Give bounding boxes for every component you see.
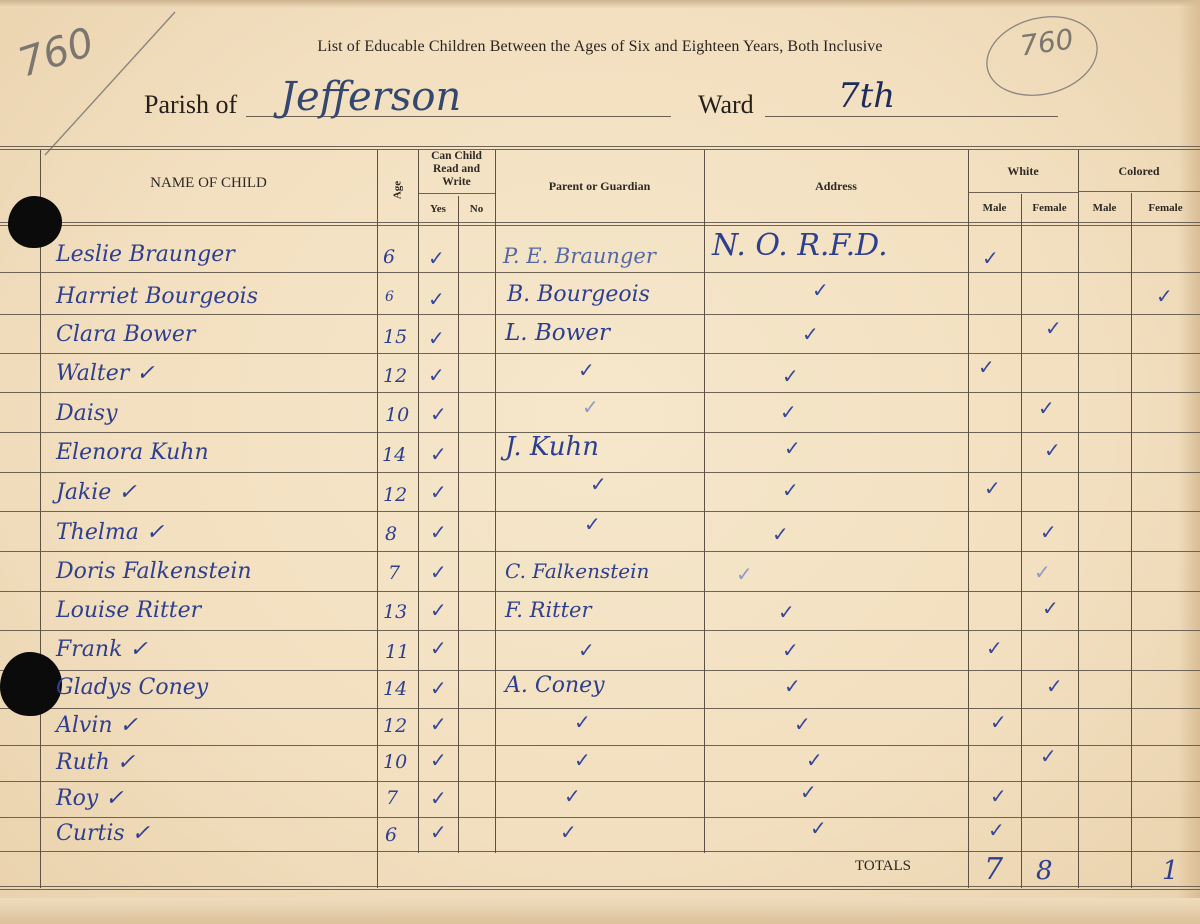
total-white-female: 8 — [1036, 856, 1053, 886]
reads-yes-check: ✓ — [430, 442, 447, 466]
row-rule — [0, 272, 1200, 273]
col-rule-colored-mf — [1131, 193, 1132, 888]
header-white-male: Male — [968, 202, 1021, 214]
address-check: ✓ — [782, 364, 799, 388]
child-name: Curtis ✓ — [56, 821, 150, 846]
child-name: Clara Bower — [56, 322, 195, 347]
child-name: Daisy — [56, 401, 118, 426]
header-bottom-rule — [0, 222, 1200, 226]
child-age: 12 — [383, 484, 407, 506]
parent-name: F. Ritter — [505, 598, 592, 622]
header-yes: Yes — [418, 203, 458, 215]
address-check: ✓ — [810, 816, 827, 840]
child-name: Alvin ✓ — [56, 713, 138, 738]
row-rule — [0, 432, 1200, 433]
header-colored: Colored — [1078, 164, 1200, 179]
header-top-rule — [0, 146, 1200, 150]
white-female-check: ✓ — [1038, 396, 1055, 420]
child-name: Gladys Coney — [56, 675, 208, 700]
child-name: Louise Ritter — [56, 598, 201, 623]
child-age: 14 — [383, 678, 407, 700]
reads-yes-check: ✓ — [428, 287, 445, 311]
parent-name: C. Falkenstein — [505, 559, 649, 583]
row-rule — [0, 670, 1200, 671]
child-age: 15 — [383, 326, 407, 348]
child-age: 6 — [385, 289, 394, 305]
child-name: Walter ✓ — [56, 361, 155, 386]
parent-ditto-check: ✓ — [574, 748, 591, 772]
total-colored-female: 1 — [1162, 856, 1179, 886]
white-female-check: ✓ — [1045, 316, 1062, 340]
paper-edge-right — [1178, 0, 1200, 924]
row-rule — [0, 353, 1200, 354]
white-male-check: ✓ — [978, 355, 995, 379]
table-bottom-rule — [0, 886, 1200, 890]
row-rule — [0, 708, 1200, 709]
white-male-check: ✓ — [990, 710, 1007, 734]
child-age: 6 — [385, 824, 397, 846]
parent-name: J. Kuhn — [505, 432, 599, 462]
white-female-check: ✓ — [1044, 438, 1061, 462]
address-check: ✓ — [736, 562, 753, 586]
parent-name: B. Bourgeois — [507, 282, 650, 307]
col-rule-white-mf — [1021, 194, 1022, 888]
white-male-check: ✓ — [986, 636, 1003, 660]
white-female-check: ✓ — [1040, 520, 1057, 544]
row-rule — [0, 745, 1200, 746]
child-name: Thelma ✓ — [56, 520, 164, 545]
address-check: ✓ — [802, 322, 819, 346]
child-age: 7 — [386, 787, 398, 809]
white-male-check: ✓ — [984, 476, 1001, 500]
parent-ditto-check: ✓ — [582, 395, 599, 419]
parent-ditto-check: ✓ — [560, 820, 577, 844]
reads-yes-check: ✓ — [430, 676, 447, 700]
address-check: ✓ — [780, 400, 797, 424]
reads-yes-check: ✓ — [428, 246, 445, 270]
white-male-check: ✓ — [988, 818, 1005, 842]
reads-yes-check: ✓ — [430, 402, 447, 426]
address-check: ✓ — [812, 278, 829, 302]
child-age: 10 — [385, 404, 409, 426]
child-age: 11 — [385, 641, 409, 663]
row-rule — [0, 551, 1200, 552]
reads-yes-check: ✓ — [430, 748, 447, 772]
colored-female-check: ✓ — [1156, 284, 1173, 308]
parent-name: L. Bower — [505, 320, 610, 346]
address-check: ✓ — [778, 600, 795, 624]
white-female-check: ✓ — [1046, 674, 1063, 698]
child-age: 14 — [382, 444, 406, 466]
col-rule-address-white — [968, 150, 969, 888]
col-rule-parent-address — [704, 150, 705, 853]
form-title: List of Educable Children Between the Ag… — [0, 38, 1200, 56]
child-age: 7 — [388, 562, 400, 584]
row-rule — [0, 392, 1200, 393]
pencil-slash-line — [40, 10, 180, 160]
row-rule — [0, 630, 1200, 631]
row-rule — [0, 817, 1200, 818]
total-white-male: 7 — [984, 852, 1003, 887]
parent-ditto-check: ✓ — [564, 784, 581, 808]
reads-yes-check: ✓ — [430, 480, 447, 504]
child-name: Frank ✓ — [56, 637, 148, 662]
white-female-check: ✓ — [1034, 560, 1051, 584]
address-check: ✓ — [784, 674, 801, 698]
col-rule-left — [40, 150, 41, 888]
parent-ditto-check: ✓ — [578, 358, 595, 382]
ward-label: Ward — [698, 90, 754, 120]
parent-ditto-check: ✓ — [574, 710, 591, 734]
parent-name: P. E. Braunger — [503, 244, 656, 268]
header-no: No — [458, 203, 495, 215]
header-white: White — [968, 164, 1078, 179]
parish-value[interactable]: Jefferson — [280, 74, 461, 120]
reads-yes-check: ✓ — [430, 712, 447, 736]
header-address: Address — [704, 179, 968, 194]
paper-edge-bottom — [0, 898, 1200, 924]
header-colored-female: Female — [1131, 202, 1200, 214]
header-age: Age — [392, 170, 404, 211]
reads-yes-check: ✓ — [430, 636, 447, 660]
child-name: Roy ✓ — [56, 786, 124, 811]
parent-ditto-check: ✓ — [578, 638, 595, 662]
child-age: 13 — [383, 601, 407, 623]
row-rule — [0, 851, 1200, 852]
child-age: 10 — [383, 751, 407, 773]
address-check: ✓ — [800, 780, 817, 804]
white-sub-rule — [968, 192, 1078, 193]
reads-yes-check: ✓ — [428, 363, 445, 387]
address-check: ✓ — [772, 522, 789, 546]
colored-sub-rule — [1078, 191, 1200, 192]
header-colored-male: Male — [1078, 202, 1131, 214]
child-name: Elenora Kuhn — [56, 440, 209, 465]
reads-yes-check: ✓ — [430, 820, 447, 844]
readwrite-sub-rule — [418, 193, 495, 194]
col-rule-white-colored — [1078, 150, 1079, 888]
header-white-female: Female — [1021, 202, 1078, 214]
address-check: ✓ — [806, 748, 823, 772]
white-male-check: ✓ — [982, 246, 999, 270]
child-name: Ruth ✓ — [56, 750, 135, 775]
totals-label: TOTALS — [855, 858, 911, 875]
child-name: Jakie ✓ — [56, 480, 137, 505]
parish-label: Parish of — [144, 90, 237, 120]
reads-yes-check: ✓ — [430, 560, 447, 584]
header-parent-guardian: Parent or Guardian — [495, 179, 704, 194]
white-female-check: ✓ — [1042, 596, 1059, 620]
child-name: Doris Falkenstein — [56, 559, 252, 584]
ward-underline — [765, 116, 1058, 117]
binder-hole-top — [8, 196, 62, 248]
header-name-of-child: NAME OF CHILD — [40, 175, 377, 192]
parent-name: A. Coney — [505, 673, 605, 698]
child-age: 12 — [383, 715, 407, 737]
white-male-check: ✓ — [990, 784, 1007, 808]
parent-ditto-check: ✓ — [584, 512, 601, 536]
col-rule-name-age — [377, 150, 378, 888]
ward-value[interactable]: 7th — [838, 76, 895, 116]
address-check: ✓ — [794, 712, 811, 736]
col-rule-no-parent — [495, 150, 496, 853]
row-rule — [0, 781, 1200, 782]
reads-yes-check: ✓ — [430, 520, 447, 544]
reads-yes-check: ✓ — [430, 786, 447, 810]
address-check: ✓ — [784, 436, 801, 460]
child-age: 8 — [385, 523, 397, 545]
row-rule — [0, 314, 1200, 315]
white-female-check: ✓ — [1040, 744, 1057, 768]
child-name: Leslie Braunger — [56, 242, 235, 267]
address-check: ✓ — [782, 638, 799, 662]
child-name: Harriet Bourgeois — [56, 284, 258, 309]
paper-edge-top — [0, 0, 1200, 8]
reads-yes-check: ✓ — [428, 326, 445, 350]
child-age: 12 — [383, 365, 407, 387]
reads-yes-check: ✓ — [430, 598, 447, 622]
col-rule-age-yes — [418, 150, 419, 853]
address-check: ✓ — [782, 478, 799, 502]
parent-ditto-check: ✓ — [590, 472, 607, 496]
row-rule — [0, 591, 1200, 592]
binder-hole-bottom — [0, 652, 62, 716]
header-read-write: Can Child Read and Write — [418, 150, 495, 189]
col-rule-yes-no — [458, 196, 459, 853]
address: N. O. R.F.D. — [712, 228, 888, 263]
child-age: 6 — [383, 246, 395, 268]
